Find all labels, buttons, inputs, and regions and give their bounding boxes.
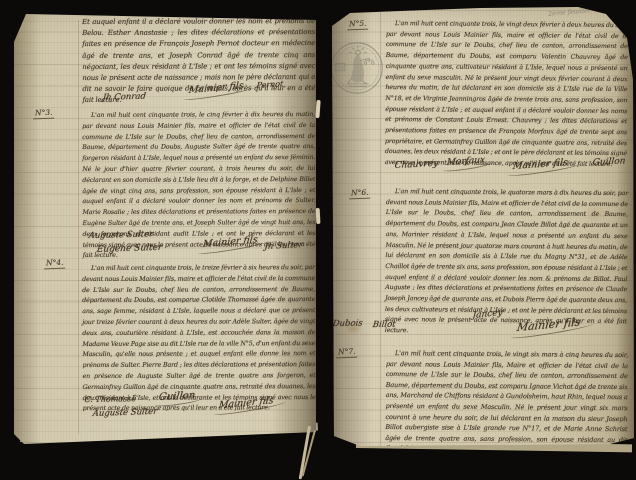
binding-stitch-thread xyxy=(316,208,321,224)
left-edge-shadow xyxy=(14,14,40,444)
entry-5-number: N°5. xyxy=(347,19,369,31)
signature-morfaux: Morfaux xyxy=(446,155,485,168)
entry-3-number: N°3. xyxy=(33,108,55,120)
entry-7-number: N°7. xyxy=(336,347,358,359)
signature-billot: Billot xyxy=(372,320,396,330)
entry-4-number: N°4. xyxy=(44,258,66,270)
binding-stitch-thread xyxy=(315,100,320,118)
signature-dubois: Dubois xyxy=(332,318,363,329)
signature-jh-sulter: Jh Sulter xyxy=(264,240,303,252)
signature-guillon: Guillon xyxy=(158,390,196,403)
pencil-folio-note: 2ème feuillet xyxy=(548,6,591,18)
signature-conrad: Jh Conrad xyxy=(102,91,146,103)
stamp-value: 50 xyxy=(337,65,344,71)
signature-guillon: Guillon xyxy=(592,156,626,168)
revenue-stamp-icon: 50 xyxy=(329,40,385,96)
signature-auguste-sulter: Auguste Sulter xyxy=(92,407,158,419)
signature-auguste-sulter: Auguste Sulter xyxy=(88,229,154,241)
signature-pernot: Pernot xyxy=(256,79,284,90)
act-6-text: L'an mil huit cent cinquante trois, le q… xyxy=(385,187,628,339)
act-7-text: L'an mil huit cent cinquante trois, le v… xyxy=(385,348,628,456)
act-4-text: L'an mil huit cent cinquante trois, le t… xyxy=(82,263,316,415)
signature-thomasse: C. Thomassé xyxy=(84,394,137,404)
margin-rule-left xyxy=(78,20,79,434)
entry-6-number: N°6. xyxy=(349,188,371,200)
act-5-text: L'an mil huit cent cinquante trois, le v… xyxy=(385,19,628,171)
register-photograph: Et auquel enfant il a déclaré vouloir do… xyxy=(0,0,636,480)
